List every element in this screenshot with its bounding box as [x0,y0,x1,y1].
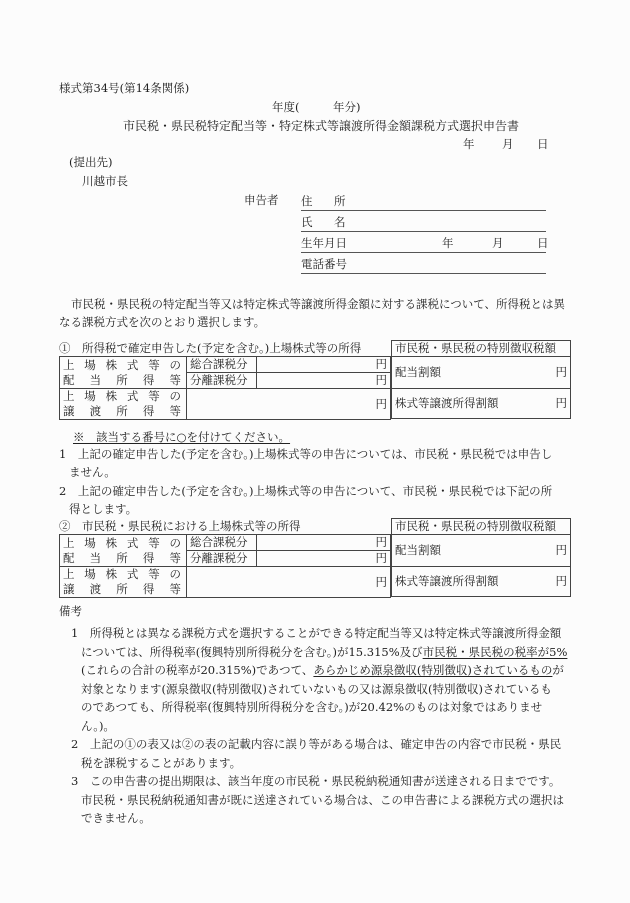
table1-caption: ① 所得税で確定申告した(予定を含む。)上場株式等の所得 [59,341,361,355]
name-field[interactable]: 氏 名 [301,213,546,232]
table2-income: 上場株式等の 配当所得等 総合課税分 円 分離課税分 円 上場株式等の 譲渡所得… [59,534,391,598]
t2-stock-transfer-tax-field[interactable]: 株式等譲渡所得割額円 [392,567,571,597]
t1-dividend-tax-field[interactable]: 配当割額円 [392,357,571,389]
table2-caption: ② 市民税・県民税における上場株式等の所得 [59,519,301,533]
note-1-line-4: 対象となります(源泉徴収(特別徴収)されていないもの又は源泉徴収(特別徴収)され… [59,680,574,699]
transfer-income-label: 上場株式等の 譲渡所得等 [60,567,187,598]
note-1-line-1: 1 所得税とは異なる課税方式を選択することができる特定配当等又は特定株式等譲渡所… [59,624,574,643]
t1-withholding-header: 市民税・県民税の特別徴収税額 [392,341,571,357]
birthdate-label: 生年月日 [301,235,347,251]
dividend-income-label: 上場株式等の 配当所得等 [60,535,187,567]
page-title: 市民税・県民税特定配当等・特定株式等譲渡所得金額課税方式選択申告書 [123,119,519,133]
t2-comprehensive-amount[interactable]: 円 [257,535,391,551]
address-label-a: 住 [301,193,313,209]
note-3-line-1: 3 この申告書の提出期限は、該当年度の市民税・県民税納税通知書が送達される日まで… [59,772,574,791]
birthdate-year: 年 [442,235,454,251]
option-2-line-1: 2 上記の確定申告した(予定を含む。)上場株式等の申告について、市民税・県民税で… [59,482,574,500]
name-label-a: 氏 [301,214,313,230]
comprehensive-tax-label: 総合課税分 [187,357,257,373]
date-day[interactable]: 日 [537,137,549,151]
note-3-line-2: 市民税・県民税納税通知書が既に送達されている場合は、この申告書による課税方式の選… [59,791,574,810]
date-month[interactable]: 月 [502,137,514,151]
notes-heading: 備考 [59,604,82,618]
address-label-b: 所 [334,193,346,209]
comprehensive-tax-label: 総合課税分 [187,535,257,551]
table1-withholding: 市民税・県民税の特別徴収税額 配当割額円 株式等譲渡所得割額円 [391,340,571,419]
note-2-line-1: 2 上記の①の表又は②の表の記載内容に誤り等がある場合は、確定申告の内容で市民税… [59,735,574,754]
option-1[interactable]: 1 上記の確定申告した(予定を含む。)上場株式等の申告については、市民税・県民税… [59,445,574,481]
dividend-income-label: 上場株式等の 配当所得等 [60,357,187,389]
form-number: 様式第34号(第14条関係) [59,81,189,95]
intro-paragraph: 市民税・県民税の特定配当等又は特定株式等譲渡所得金額に対する課税について、所得税… [59,295,574,331]
date-year[interactable]: 年 [463,137,475,151]
fiscal-year-label: 年度( [272,100,300,114]
note-2-line-2: 税を課税することがあります。 [59,754,574,773]
recipient-label: (提出先) [69,155,112,169]
table2-withholding: 市民税・県民税の特別徴収税額 配当割額円 株式等譲渡所得割額円 [391,518,571,597]
birthdate-field[interactable]: 生年月日 年 月 日 [301,234,546,253]
separate-tax-label: 分離課税分 [187,551,257,567]
table1-income: 上場株式等の 配当所得等 総合課税分 円 分離課税分 円 上場株式等の 譲渡所得… [59,356,391,420]
note-1-line-2: については、所得税率(復興特別所得税分を含む。)が15.315%及び市民税・県民… [59,643,574,662]
t2-transfer-amount[interactable]: 円 [187,567,391,598]
separate-tax-label: 分離課税分 [187,373,257,389]
address-field[interactable]: 住 所 [301,192,546,211]
t2-separate-amount[interactable]: 円 [257,551,391,567]
phone-label: 電話番号 [301,256,347,272]
t1-stock-transfer-tax-field[interactable]: 株式等譲渡所得割額円 [392,389,571,419]
notes-list: 1 所得税とは異なる課税方式を選択することができる特定配当等又は特定株式等譲渡所… [59,624,574,828]
t1-comprehensive-amount[interactable]: 円 [257,357,391,373]
note-3-line-3: できません。 [59,809,574,828]
t2-withholding-header: 市民税・県民税の特別徴収税額 [392,519,571,535]
note-1-line-5: のであつても、所得税率(復興特別所得税分を含む。)が20.42%のものは対象では… [59,698,574,735]
t1-separate-amount[interactable]: 円 [257,373,391,389]
birthdate-month: 月 [492,235,504,251]
birthdate-day: 日 [537,235,549,251]
t2-dividend-tax-field[interactable]: 配当割額円 [392,535,571,567]
option-1-line-1: 1 上記の確定申告した(予定を含む。)上場株式等の申告については、市民税・県民税… [59,445,574,463]
intro-line-2: なる課税方式を次のとおり選択します。 [59,313,574,331]
year-portion-label: 年分) [333,100,361,114]
intro-line-1: 市民税・県民税の特定配当等又は特定株式等譲渡所得金額に対する課税について、所得税… [59,295,574,313]
option-1-line-2: ません。 [59,463,574,481]
option-2-line-2: 得とします。 [59,500,574,518]
name-label-b: 名 [334,214,346,230]
note-1-line-3: (これらの合計の税率が20.315%)であつて、あらかじめ源泉徴収(特別徴収)さ… [59,661,574,680]
applicant-label: 申告者 [244,193,279,207]
transfer-income-label: 上場株式等の 譲渡所得等 [60,389,187,420]
instruction-note: ※ 該当する番号に○を付けてください。 [73,430,290,444]
t1-transfer-amount[interactable]: 円 [187,389,391,420]
recipient-name: 川越市長 [82,174,128,188]
option-2[interactable]: 2 上記の確定申告した(予定を含む。)上場株式等の申告について、市民税・県民税で… [59,482,574,518]
phone-field[interactable]: 電話番号 [301,255,546,274]
